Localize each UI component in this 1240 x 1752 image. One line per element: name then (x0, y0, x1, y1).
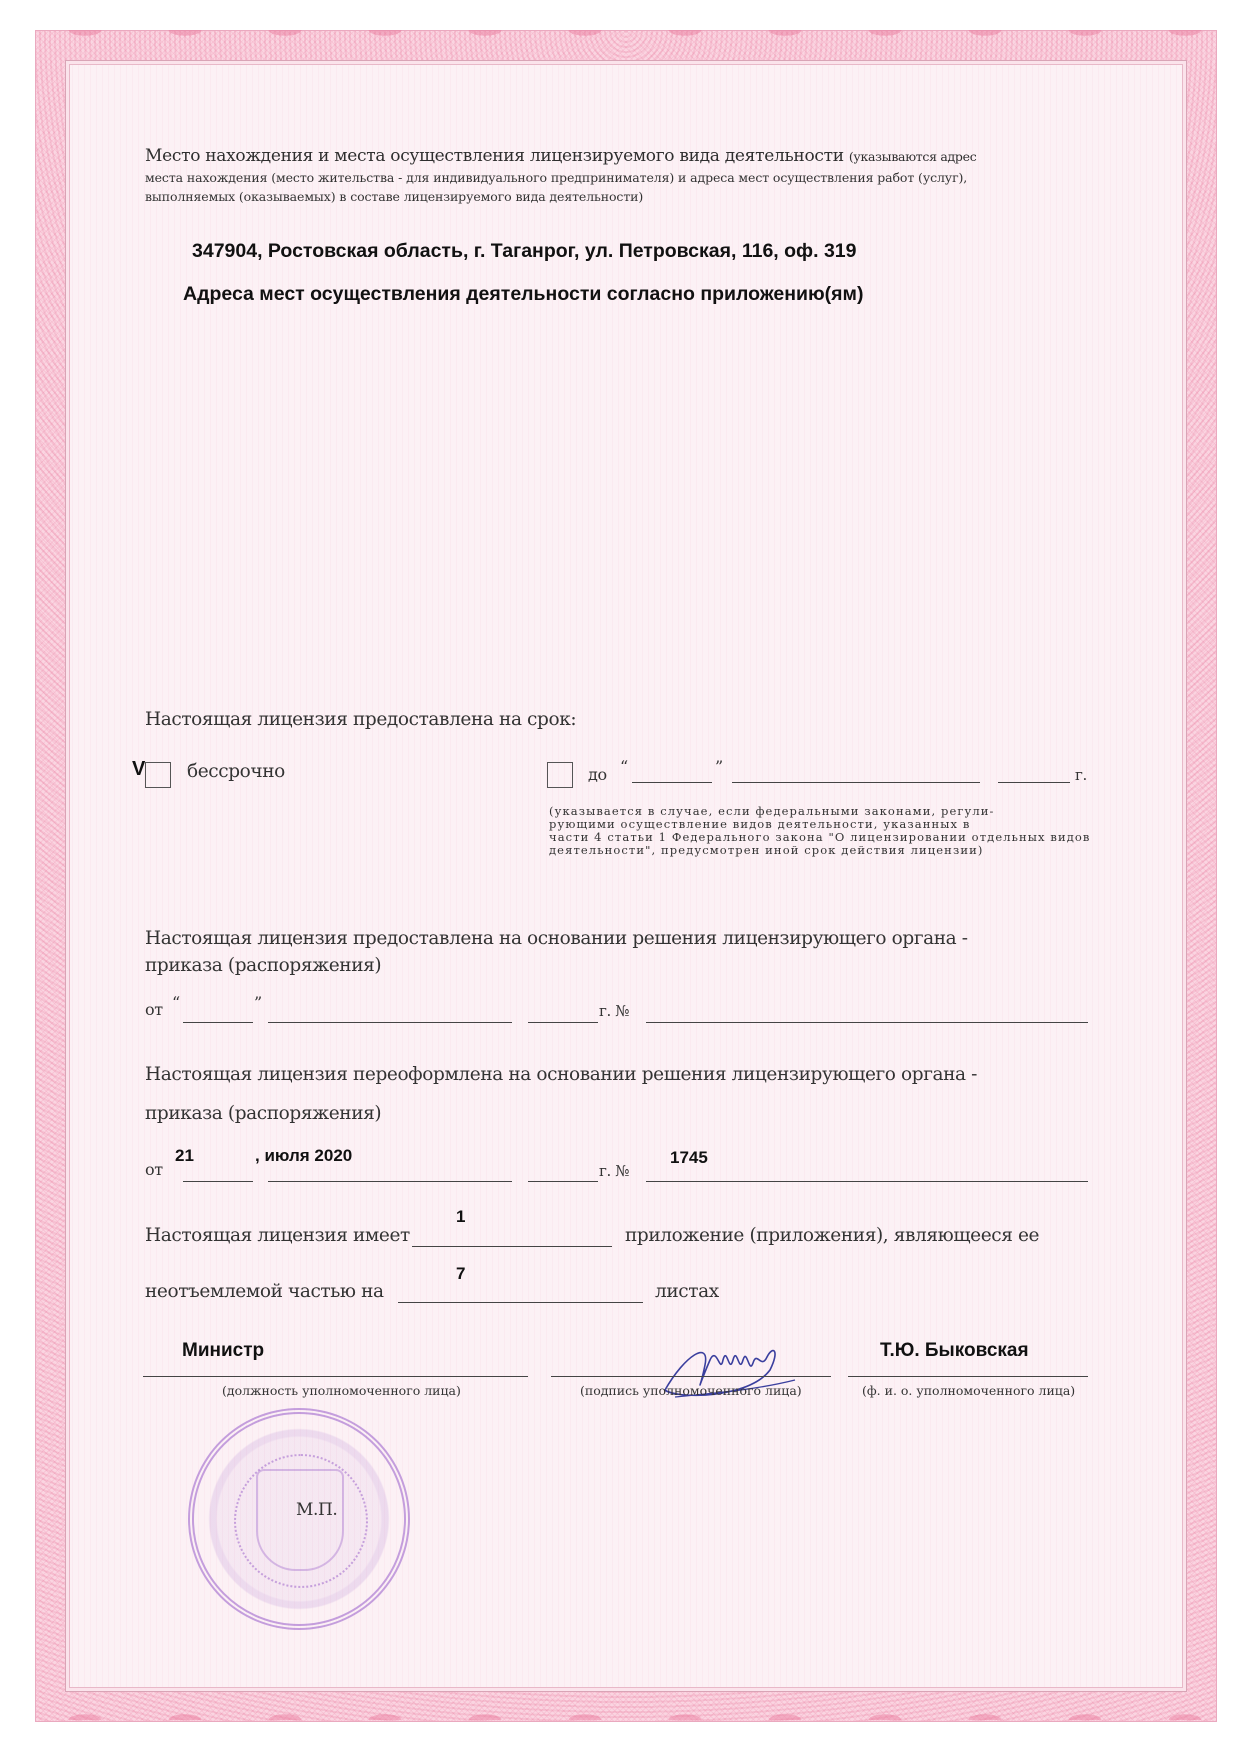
section-heading: Место нахождения и места осуществления л… (145, 146, 976, 166)
position-value: Министр (182, 1340, 264, 1362)
until-open-quote: “ (620, 757, 628, 776)
reissued-day-field[interactable] (183, 1181, 253, 1182)
granted-close-quote: ” (254, 993, 262, 1012)
heading-line-3: выполняемых (оказываемых) в составе лице… (145, 189, 643, 204)
signature-field[interactable] (551, 1376, 831, 1377)
name-field[interactable] (848, 1376, 1088, 1377)
until-year-field[interactable] (998, 782, 1070, 783)
reissued-year-suffix: г. № (599, 1162, 629, 1180)
until-close-quote: ” (715, 757, 723, 776)
until-suffix: г. (1075, 766, 1087, 784)
until-month-field[interactable] (732, 782, 980, 783)
granted-day-field[interactable] (183, 1022, 253, 1023)
signatory-name: Т.Ю. Быковская (880, 1340, 1029, 1362)
reissued-day: 21 (175, 1146, 194, 1166)
appendix-count-field[interactable] (412, 1246, 612, 1247)
appendix-line-1-end: приложение (приложения), являющееся ее (625, 1225, 1039, 1246)
term-label: Настоящая лицензия предоставлена на срок… (145, 709, 576, 730)
term-note: (указывается в случае, если федеральными… (549, 805, 1091, 857)
reissued-month-field[interactable] (268, 1181, 512, 1182)
signature-caption: (подпись уполномоченного лица) (580, 1383, 802, 1398)
reissued-number: 1745 (670, 1148, 708, 1168)
granted-from-label: от (145, 1000, 163, 1019)
name-caption: (ф. и. о. уполномоченного лица) (862, 1383, 1075, 1398)
indefinite-label: бессрочно (187, 761, 285, 782)
granted-basis-line-2: приказа (распоряжения) (145, 955, 381, 976)
appendix-line-2-end: листах (655, 1281, 719, 1302)
position-caption: (должность уполномоченного лица) (222, 1383, 461, 1398)
reissued-month-year: , июля 2020 (255, 1146, 352, 1166)
appendix-count: 1 (456, 1207, 465, 1227)
granted-number-field[interactable] (646, 1022, 1088, 1023)
reissued-year-field[interactable] (528, 1181, 598, 1182)
border-wave-bottom (35, 1690, 1215, 1720)
seal-label: М.П. (296, 1500, 337, 1520)
check-mark-icon: V (132, 758, 145, 781)
reissued-number-field[interactable] (646, 1181, 1088, 1182)
granted-year-suffix: г. № (599, 1002, 629, 1020)
heading-note: (указываются адрес (849, 149, 977, 164)
heading-main: Место нахождения и места осуществления л… (145, 146, 844, 166)
border-wave-top (35, 30, 1215, 60)
appendix-line-1-start: Настоящая лицензия имеет (145, 1225, 410, 1246)
appendix-sheets-field[interactable] (398, 1302, 643, 1303)
until-day-field[interactable] (632, 782, 712, 783)
reissued-basis-line-2: приказа (распоряжения) (145, 1103, 381, 1124)
heading-line-2: места нахождения (место жительства - для… (145, 170, 967, 185)
appendix-line-2-start: неотъемлемой частью на (145, 1281, 384, 1302)
granted-year-field[interactable] (528, 1022, 598, 1023)
granted-basis-line-1: Настоящая лицензия предоставлена на осно… (145, 928, 968, 949)
granted-month-field[interactable] (268, 1022, 512, 1023)
until-prefix: до (588, 765, 607, 784)
reissued-from-label: от (145, 1160, 163, 1179)
license-address: 347904, Ростовская область, г. Таганрог,… (192, 240, 856, 263)
appendix-sheets: 7 (456, 1264, 465, 1284)
indefinite-checkbox[interactable] (145, 762, 171, 788)
position-field[interactable] (143, 1376, 528, 1377)
until-date-checkbox[interactable] (547, 762, 573, 788)
reissued-basis-line-1: Настоящая лицензия переоформлена на осно… (145, 1064, 977, 1085)
activity-addresses: Адреса мест осуществления деятельности с… (183, 283, 863, 306)
coat-of-arms-icon (256, 1469, 344, 1571)
granted-open-quote: “ (172, 993, 180, 1012)
